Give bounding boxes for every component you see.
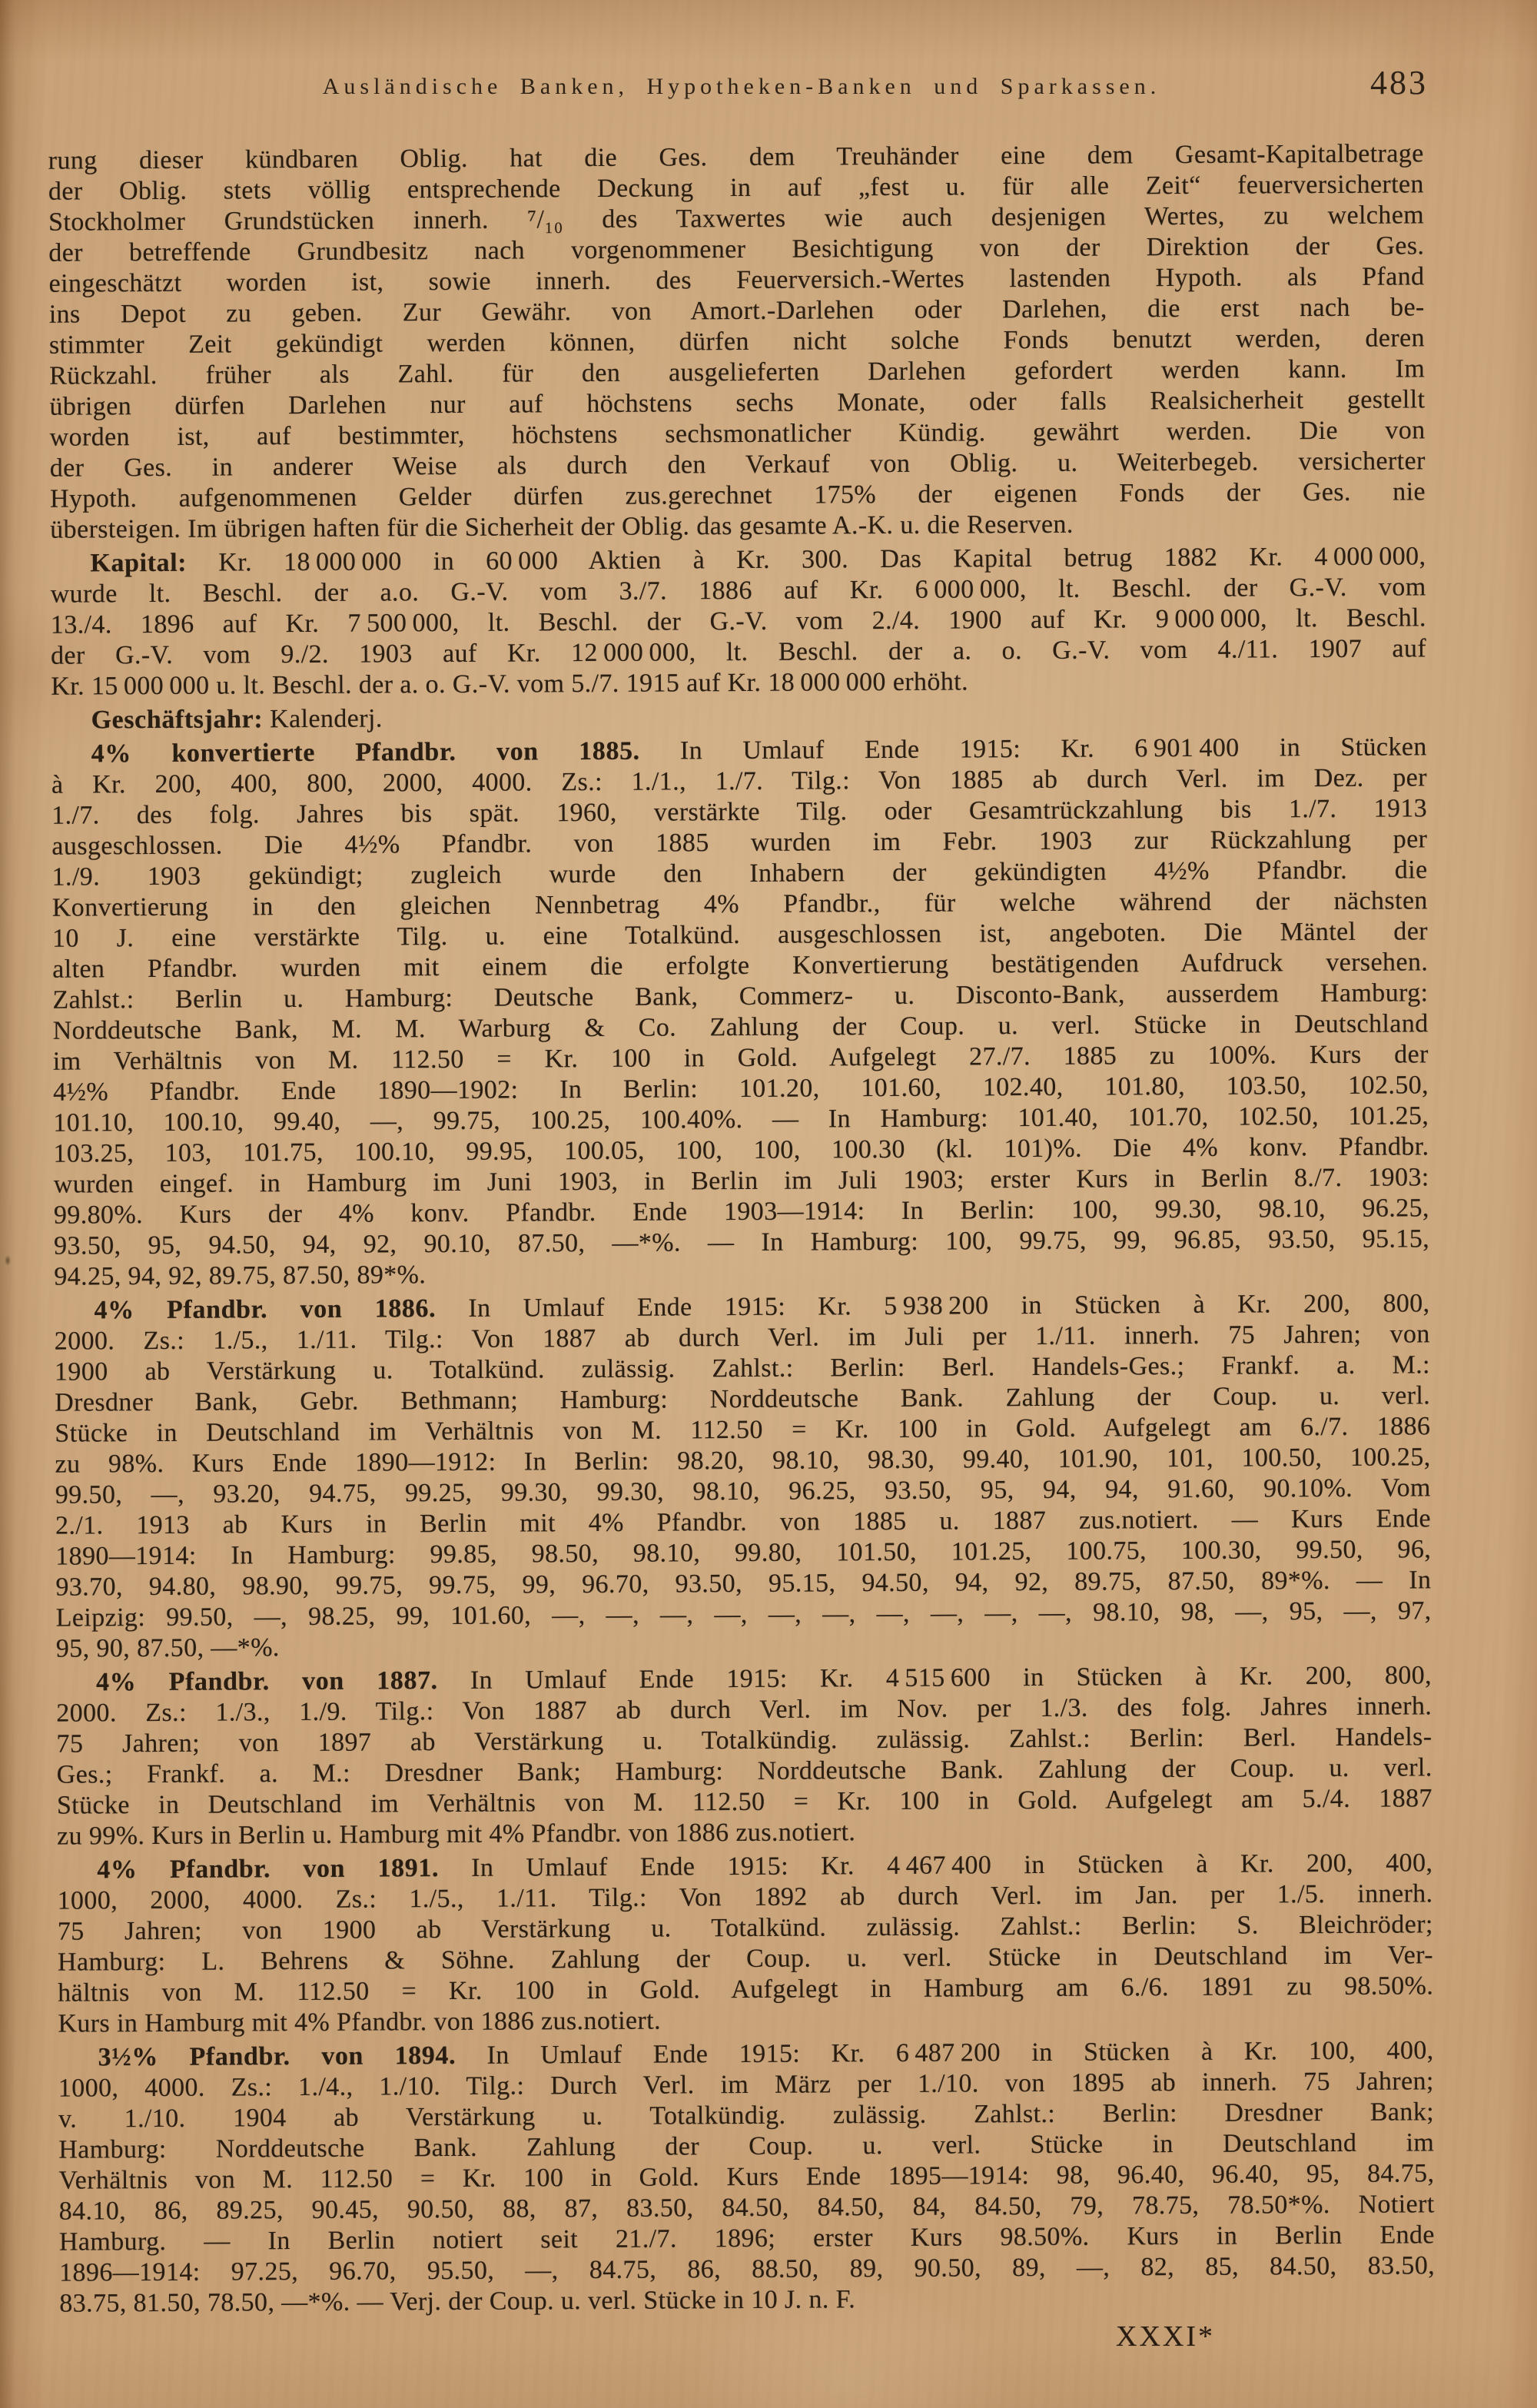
text-line: zu 99%. Kurs in Berlin u. Hamburg mit 4%… (57, 1814, 1432, 1852)
text-line: Kr. 15 000 000 u. lt. Beschl. der a. o. … (51, 664, 1426, 702)
paragraph: 4% konvertierte Pfandbr. von 1885. In Um… (51, 732, 1430, 1292)
paragraph-lead: 4% Pfandbr. von 1887. (96, 1666, 438, 1696)
paragraph: Kapital: Kr. 18 000 000 in 60 000 Aktien… (50, 541, 1426, 702)
paragraph-lead: 4% Pfandbr. von 1886. (94, 1294, 436, 1324)
paragraph: 4% Pfandbr. von 1891. In Umlauf Ende 191… (57, 1848, 1433, 2039)
paragraph: rung dieser kündbaren Oblig. hat die Ges… (48, 138, 1426, 545)
page-number: 483 (1370, 63, 1428, 102)
text-line: 83.75, 81.50, 78.50, —*%. — Verj. der Co… (59, 2281, 1435, 2319)
text-line: Kurs in Hamburg mit 4% Pfandbr. von 1886… (58, 2001, 1433, 2039)
paragraph-lead: 4% Pfandbr. von 1891. (97, 1854, 439, 1884)
paragraph: 4% Pfandbr. von 1887. In Umlauf Ende 191… (56, 1660, 1432, 1852)
text-line: Geschäftsjahr: Kalenderj. (51, 698, 1426, 736)
paragraph: Geschäftsjahr: Kalenderj. (51, 698, 1426, 736)
text-line: 95, 90, 87.50, —*%. (56, 1626, 1432, 1664)
page-title: Ausländische Banken, Hypotheken-Banken u… (54, 74, 1429, 100)
book-page: Ausländische Banken, Hypotheken-Banken u… (0, 0, 1537, 2408)
paragraph-lead: Kapital: (90, 549, 187, 578)
text-line: 94.25, 94, 92, 89.75, 87.50, 89*%. (54, 1254, 1429, 1292)
signature-mark: XXXI* (1116, 2320, 1215, 2353)
paragraph-lead: Geschäftsjahr: (91, 705, 263, 734)
text-line: übersteigen. Im übrigen haften für die S… (50, 507, 1426, 545)
paragraph: 3½% Pfandbr. von 1894. In Umlauf Ende 19… (58, 2035, 1436, 2319)
text-block: rung dieser kündbaren Oblig. hat die Ges… (48, 138, 1436, 2319)
paragraph-lead: 4% konvertierte Pfandbr. von 1885. (91, 737, 640, 769)
page-header: Ausländische Banken, Hypotheken-Banken u… (54, 68, 1429, 121)
paragraph-lead: 3½% Pfandbr. von 1894. (98, 2041, 456, 2071)
paragraph: 4% Pfandbr. von 1886. In Umlauf Ende 191… (54, 1288, 1431, 1664)
